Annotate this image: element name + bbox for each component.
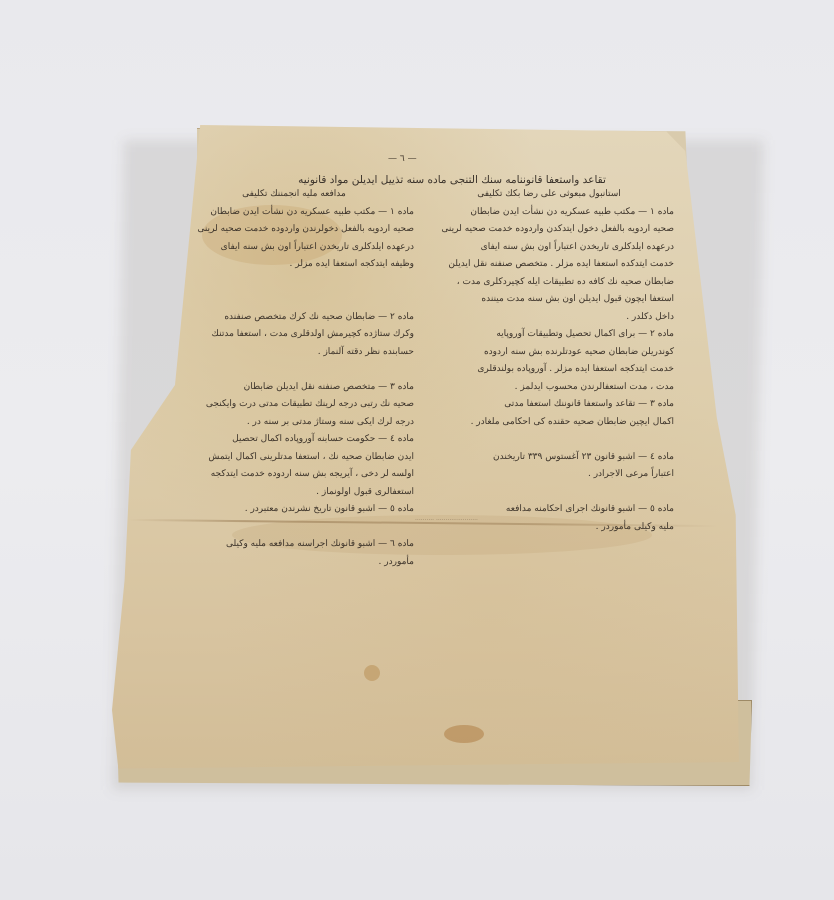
text-line: [174, 361, 414, 379]
text-line: مأموردر .: [174, 554, 414, 572]
ink-spot: [364, 665, 380, 681]
text-line: درعهده ایلدكلری تاریخدن اعتباراً اون بش …: [424, 239, 674, 257]
text-line: استعفالری قبول اولونماز .: [174, 484, 414, 502]
text-line: خدمت ایتدكجه استعفا ایده مزلر . آوروپاده…: [424, 361, 674, 379]
ink-spot: [444, 725, 484, 743]
text-line: [424, 431, 674, 449]
text-line: [174, 291, 414, 309]
text-line: ماده ٤ — اشبو قانون ٢٣ آغستوس ٣٣٩ تاریخن…: [424, 449, 674, 467]
text-line: وظیفه ایتدكجه استعفا ایده مزلر .: [174, 256, 414, 274]
text-line: [174, 274, 414, 292]
text-line: حسابنده نظر دقته آلنماز .: [174, 344, 414, 362]
left-column-body: ماده ١ — مكتب طبيه عسكریه دن نشأت ایدن ض…: [174, 204, 414, 572]
text-line: كوندریلن ضابطان صحیه عودتلرنده بش سنه ار…: [424, 344, 674, 362]
text-line: [174, 519, 414, 537]
left-column-heading: مدافعه ملیه انجمننك تكليفی: [174, 186, 414, 204]
text-line: ماده ٢ — ضابطان صحیه نك كرك متخصص صنفنده: [174, 309, 414, 327]
text-line: ماده ٥ — اشبو قانون تاریخ نشرندن معتبردر…: [174, 501, 414, 519]
text-line: درجه لرك ایكی سنه وستاژ مدتی بر سنه در .: [174, 414, 414, 432]
right-column-heading: استانبول مبعوثی علی رضا بكك تكليفی: [424, 186, 674, 204]
text-line: اولسه لر دخی ، آیریجه بش سنه اردوده خدمت…: [174, 466, 414, 484]
faint-printed-line: ...................... ..........: [415, 515, 478, 522]
right-column-body: ماده ١ — مكتب طبيه عسكریه دن نشأت ایدن ض…: [424, 204, 674, 537]
text-line: داخل دكلدر .: [424, 309, 674, 327]
text-line: خدمت ایتدكده استعفا ایده مزلر . متخصص صن…: [424, 256, 674, 274]
text-line: ماده ٢ — برای اكمال تحصیل وتطبيقات آوروپ…: [424, 326, 674, 344]
text-line: ضابطان صحیه نك كافه ده تطبيقات ایله كچیر…: [424, 274, 674, 292]
text-line: ماده ١ — مكتب طبيه عسكریه دن نشأت ایدن ض…: [424, 204, 674, 222]
text-line: وكرك ستاژده كچیرمش اولدقلری مدت ، استعفا…: [174, 326, 414, 344]
text-line: استعفا ایچون قبول ایدیلن اون بش سنه مدت …: [424, 291, 674, 309]
text-line: ماده ٣ — متخصص صنفنه نقل ایدیلن ضابطان: [174, 379, 414, 397]
text-line: درعهده ایلدكلری تاریخدن اعتباراً اون بش …: [174, 239, 414, 257]
text-line: صحیه اردویه بالفعل دخولرندن واردوده خدمت…: [174, 221, 414, 239]
text-line: ایدن ضابطان صحیه نك ، استعفا مدتلرینی اك…: [174, 449, 414, 467]
left-column: مدافعه ملیه انجمننك تكليفی ماده ١ — مكتب…: [174, 186, 414, 571]
text-line: اكمال ایچین ضابطان صحیه حقنده كی احكامی …: [424, 414, 674, 432]
text-line: اعتباراً مرعی الاجرادر .: [424, 466, 674, 484]
text-line: ماده ٣ — تقاعد واستعفا قانوننك استعفا مد…: [424, 396, 674, 414]
text-line: مدت ، مدت استعفالرندن محسوب ایدلمز .: [424, 379, 674, 397]
text-line: [424, 484, 674, 502]
right-column: استانبول مبعوثی علی رضا بكك تكليفی ماده …: [424, 186, 674, 536]
text-line: ماده ٤ — حكومت حسابنه آوروپاده اكمال تحص…: [174, 431, 414, 449]
text-line: صحیه نك رتبی درجه لرینك تطبيقات مدتی درت…: [174, 396, 414, 414]
text-line: ماده ٦ — اشبو قانونك اجراسنه مدافعه ملیه…: [174, 536, 414, 554]
text-line: ماده ١ — مكتب طبيه عسكریه دن نشأت ایدن ض…: [174, 204, 414, 222]
text-line: صحیه اردویه بالفعل دخول ایتدكدن واردوده …: [424, 221, 674, 239]
page-number: — ٦ —: [388, 154, 417, 164]
